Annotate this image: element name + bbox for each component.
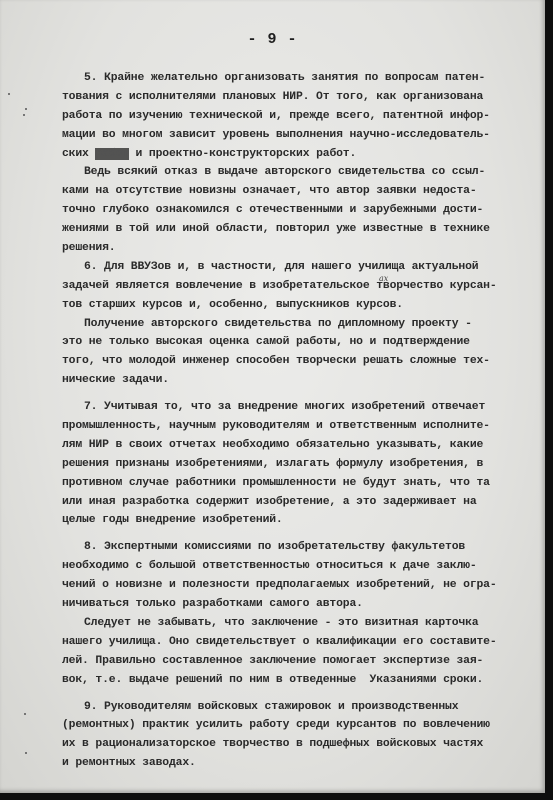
text-line: мации во многом зависит уровень выполнен… bbox=[62, 126, 532, 145]
document-body: 5. Крайне желательно организовать заняти… bbox=[62, 69, 532, 773]
document-page: - 9 - 5. Крайне желательно организовать … bbox=[0, 0, 545, 793]
text-line: того, что молодой инженер способен творч… bbox=[62, 352, 532, 371]
paper-speck bbox=[23, 114, 25, 116]
handwritten-correction: ах bbox=[379, 274, 388, 283]
text-line: целые годы внедрение изобретений. bbox=[62, 511, 532, 530]
text-line-with-strike: ских работ и проектно-конструкторских ра… bbox=[62, 145, 532, 164]
text-line: задачей является вовлечение в изобретате… bbox=[62, 277, 532, 296]
text-line: работа по изучению технической и, прежде… bbox=[62, 107, 532, 126]
paragraph-5-continued: Ведь всякий отказ в выдаче авторского св… bbox=[62, 163, 532, 257]
text-line: Следует не забывать, что заключение - эт… bbox=[62, 614, 532, 633]
text-line: Ведь всякий отказ в выдаче авторского св… bbox=[62, 163, 532, 182]
paper-speck bbox=[8, 93, 10, 95]
line-suffix: и проектно-конструкторских работ. bbox=[129, 148, 356, 160]
text-line: ками на отсутствие новизны означает, что… bbox=[62, 182, 532, 201]
text-line: жениями в той или иной области, повторил… bbox=[62, 220, 532, 239]
struck-word: работ bbox=[95, 148, 128, 160]
text-line: необходимо с большой ответственностью от… bbox=[62, 557, 532, 576]
page-number: - 9 - bbox=[0, 31, 545, 48]
text-line: или иная разработка содержит изобретение… bbox=[62, 493, 532, 512]
text-line: и ремонтных заводах. bbox=[62, 754, 532, 773]
paragraph-8: 8. Экспертными комиссиями по изобретател… bbox=[62, 538, 532, 614]
text-line: решения. bbox=[62, 239, 532, 258]
text-line: тов старших курсов и, особенно, выпускни… bbox=[62, 296, 532, 315]
text-line: 7. Учитывая то, что за внедрение многих … bbox=[62, 398, 532, 417]
text-line: чений о новизне и полезности предполагае… bbox=[62, 576, 532, 595]
text-line: противном случае работники промышленност… bbox=[62, 474, 532, 493]
paragraph-7: 7. Учитывая то, что за внедрение многих … bbox=[62, 398, 532, 530]
text-line: ничиваться только разработками самого ав… bbox=[62, 595, 532, 614]
text-line: 6. Для ВВУЗов и, в частности, для нашего… bbox=[62, 258, 532, 277]
text-line: нические задачи. bbox=[62, 371, 532, 390]
text-line: промышленность, научным руководителям и … bbox=[62, 417, 532, 436]
text-line: лей. Правильно составленное заключение п… bbox=[62, 652, 532, 671]
text-line: (ремонтных) практик усилить работу среди… bbox=[62, 716, 532, 735]
text-line: Получение авторского свидетельства по ди… bbox=[62, 315, 532, 334]
text-line: решения признаны изобретениями, излагать… bbox=[62, 455, 532, 474]
paper-speck bbox=[25, 752, 27, 754]
paper-speck bbox=[25, 108, 27, 110]
line-prefix: ских bbox=[62, 148, 95, 160]
paragraph-8-continued: Следует не забывать, что заключение - эт… bbox=[62, 614, 532, 690]
text-line: 5. Крайне желательно организовать заняти… bbox=[62, 69, 532, 88]
text-line: их в рационализаторское творчество в под… bbox=[62, 735, 532, 754]
text-line: точно глубоко ознакомился с отечественны… bbox=[62, 201, 532, 220]
paragraph-6-continued: Получение авторского свидетельства по ди… bbox=[62, 315, 532, 391]
paper-speck bbox=[24, 713, 26, 715]
text-line: 9. Руководителям войсковых стажировок и … bbox=[62, 698, 532, 717]
paragraph-9: 9. Руководителям войсковых стажировок и … bbox=[62, 698, 532, 774]
text-line: 8. Экспертными комиссиями по изобретател… bbox=[62, 538, 532, 557]
text-line: тования с исполнителями плановых НИР. От… bbox=[62, 88, 532, 107]
paragraph-6: 6. Для ВВУЗов и, в частности, для нашего… bbox=[62, 258, 532, 315]
text-line: это не только высокая оценка самой работ… bbox=[62, 333, 532, 352]
paragraph-5: 5. Крайне желательно организовать заняти… bbox=[62, 69, 532, 163]
text-line: лям НИР в своих отчетах необходимо обяза… bbox=[62, 436, 532, 455]
text-line: нашего училища. Оно свидетельствует о кв… bbox=[62, 633, 532, 652]
text-line: вок, т.е. выдаче решений по ним в отведе… bbox=[62, 671, 532, 690]
